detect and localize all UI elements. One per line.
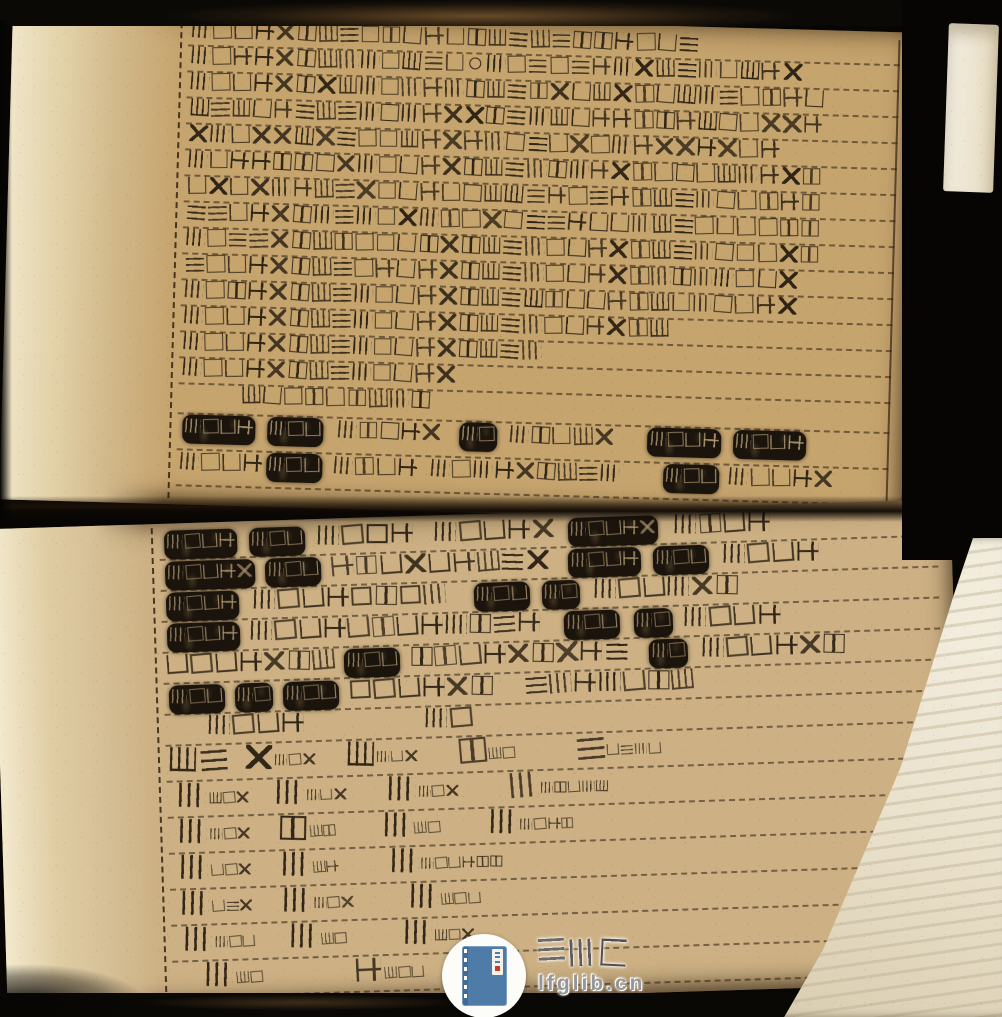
glyph <box>571 109 590 127</box>
glyph <box>504 211 523 229</box>
glyph <box>190 99 209 117</box>
glyph <box>717 191 736 209</box>
glyph <box>269 310 286 326</box>
glyph <box>753 434 769 449</box>
glyph <box>601 464 620 482</box>
glyph <box>183 332 202 350</box>
glyph <box>309 825 322 837</box>
glyph <box>402 105 421 123</box>
glyph <box>584 613 600 629</box>
gloss-headword <box>488 808 520 846</box>
glyph <box>203 419 219 434</box>
glyph <box>310 336 329 354</box>
glyph <box>314 897 326 908</box>
column-gap <box>676 622 684 624</box>
glyph <box>403 26 422 44</box>
glyph <box>656 112 675 130</box>
glyph <box>462 236 481 254</box>
glyph <box>376 260 395 278</box>
glyph <box>480 342 497 358</box>
glyph <box>291 257 310 275</box>
column-gap <box>533 595 539 597</box>
text-run <box>178 452 263 480</box>
glyph <box>650 431 666 446</box>
glyph <box>487 55 506 73</box>
watermark-site-name <box>536 934 630 968</box>
glyph <box>251 620 272 640</box>
column-gap <box>447 597 471 600</box>
label-cartouche <box>267 417 324 448</box>
text-run <box>165 648 336 684</box>
glyph <box>747 541 770 563</box>
glyph <box>699 87 718 105</box>
glyph <box>444 106 462 123</box>
glyph <box>760 167 778 184</box>
glyph <box>211 864 224 876</box>
glyph <box>737 245 754 261</box>
glyph <box>321 684 337 699</box>
column-gap <box>259 573 263 575</box>
glyph <box>529 57 546 73</box>
glyph <box>326 388 345 406</box>
gloss-annotation <box>418 785 460 802</box>
glyph <box>271 232 288 248</box>
glyph <box>422 131 441 149</box>
glyph <box>307 790 319 801</box>
glyph <box>715 243 734 261</box>
glyph <box>533 818 546 830</box>
glyph <box>538 937 566 966</box>
glyph <box>380 553 402 574</box>
glyph <box>354 285 373 303</box>
glyph <box>384 967 397 979</box>
column-gap <box>174 946 184 948</box>
glyph <box>464 132 483 150</box>
glyph <box>545 265 563 282</box>
glyph <box>781 194 799 211</box>
glyph <box>400 584 421 603</box>
glyph <box>186 926 213 951</box>
glyph <box>699 512 721 533</box>
glyph <box>292 923 319 948</box>
glyph <box>292 231 311 249</box>
glyph <box>501 315 520 333</box>
gloss-annotation <box>539 780 608 798</box>
glyph <box>683 468 699 483</box>
glyph <box>716 574 737 594</box>
glyph <box>222 792 235 804</box>
glyph <box>482 290 499 306</box>
glyph <box>375 313 392 329</box>
label-cartouche <box>344 647 401 678</box>
glyph <box>226 308 244 325</box>
glyph <box>611 189 629 206</box>
glyph <box>798 541 819 560</box>
glyph <box>463 184 482 202</box>
glyph <box>462 210 481 228</box>
glyph <box>225 360 243 377</box>
glyph <box>299 618 321 639</box>
gloss-headword <box>183 925 215 963</box>
glyph <box>270 421 286 436</box>
gloss-headword <box>457 737 489 775</box>
glyph <box>423 582 446 604</box>
label-cartouche <box>649 638 688 669</box>
glyph <box>708 605 731 627</box>
glyph <box>238 687 253 701</box>
glyph <box>356 555 377 574</box>
gloss-headword <box>289 922 321 960</box>
glyph <box>351 586 372 605</box>
glyph <box>316 102 335 120</box>
glyph <box>358 155 377 173</box>
glyph <box>824 633 845 653</box>
glyph <box>272 179 290 196</box>
glyph <box>400 156 419 174</box>
glyph <box>442 158 460 175</box>
glyph <box>402 78 421 96</box>
text-run <box>348 674 495 709</box>
glyph <box>783 89 802 107</box>
glyph <box>360 77 379 95</box>
glyph <box>302 587 324 608</box>
glyph <box>337 420 356 438</box>
column-gap <box>173 910 181 912</box>
glyph <box>390 391 408 408</box>
glyph <box>362 26 379 42</box>
glyph <box>714 269 733 287</box>
page-margin <box>0 524 160 1013</box>
glyph <box>228 256 246 273</box>
glyph <box>520 819 532 830</box>
glyph <box>778 297 797 315</box>
gloss-annotation <box>320 932 348 949</box>
glyph <box>759 192 778 210</box>
glyph <box>668 576 689 596</box>
glyph <box>485 644 506 663</box>
glyph <box>703 433 718 448</box>
glyph <box>318 525 339 545</box>
gloss-headword <box>345 740 377 778</box>
glyph <box>588 240 607 258</box>
glyph <box>244 454 263 472</box>
glyph <box>377 458 395 475</box>
glyph <box>549 135 568 153</box>
glyph <box>210 125 229 143</box>
glyph <box>656 550 671 564</box>
glyph <box>185 418 201 433</box>
glyph <box>548 160 567 178</box>
glyph <box>411 391 430 409</box>
glyph <box>673 268 692 286</box>
glyph <box>348 390 365 406</box>
glyph <box>595 578 616 598</box>
glyph <box>527 187 544 203</box>
glyph <box>522 342 541 360</box>
glyph <box>339 51 358 69</box>
glyph <box>231 126 249 143</box>
column-gap <box>180 397 240 401</box>
glyph <box>447 785 459 796</box>
glyph <box>250 971 263 983</box>
column-gap <box>724 444 730 446</box>
text-run <box>722 540 820 573</box>
glyph <box>286 686 301 700</box>
glyph <box>288 650 309 670</box>
column-gap <box>494 689 524 692</box>
label-cartouche <box>568 547 642 579</box>
glyph <box>750 635 772 656</box>
glyph <box>347 653 362 667</box>
glyph <box>654 164 673 182</box>
glyph <box>275 755 287 766</box>
glyph <box>495 461 514 479</box>
column-gap <box>340 867 390 871</box>
glyph <box>286 457 302 472</box>
glyph <box>788 435 803 450</box>
glyph <box>568 187 587 205</box>
glyph <box>341 896 353 908</box>
glyph <box>326 861 338 873</box>
column-gap <box>628 654 646 657</box>
gloss-annotation <box>235 971 263 988</box>
glyph <box>405 751 417 762</box>
glyph <box>541 782 553 793</box>
gloss-annotation <box>210 863 252 880</box>
glyph <box>166 653 188 674</box>
glyph <box>696 192 713 208</box>
glyph <box>335 207 353 224</box>
glyph <box>276 50 293 66</box>
gloss-headword <box>178 818 210 856</box>
glyph <box>671 668 694 690</box>
glyph <box>438 314 456 331</box>
text-run <box>700 632 847 667</box>
gloss-headword <box>387 775 419 813</box>
glyph <box>629 293 648 311</box>
glyph <box>590 188 608 205</box>
glyph <box>221 564 236 578</box>
column-gap <box>169 802 177 804</box>
glyph <box>463 857 475 868</box>
glyph <box>590 214 609 232</box>
glyph <box>208 203 227 221</box>
glyph <box>477 587 492 601</box>
gloss-annotation <box>274 753 316 770</box>
glyph <box>327 896 340 908</box>
label-cartouche <box>164 528 238 560</box>
glyph <box>516 462 533 478</box>
glyph <box>522 316 541 334</box>
gloss-annotation <box>313 896 355 913</box>
glyph <box>579 463 597 480</box>
glyph <box>270 284 287 300</box>
column-gap <box>620 477 660 480</box>
text-run <box>424 706 474 738</box>
glyph <box>321 789 333 800</box>
page-margin <box>0 8 179 504</box>
glyph <box>341 523 364 545</box>
glyph <box>340 25 358 42</box>
glyph <box>289 309 308 327</box>
glyph <box>189 688 205 704</box>
glyph <box>222 595 237 609</box>
glyph <box>500 341 519 359</box>
glyph <box>186 595 202 611</box>
label-cartouche <box>182 414 256 446</box>
glyph <box>421 157 440 175</box>
column-gap <box>253 907 283 910</box>
glyph <box>783 63 802 81</box>
glyph <box>215 652 237 673</box>
glyph <box>246 360 265 378</box>
glyph <box>486 107 505 125</box>
glyph <box>440 262 458 279</box>
text-run <box>252 583 448 619</box>
glyph <box>274 618 297 640</box>
glyph <box>204 626 220 641</box>
glyph <box>305 422 320 436</box>
glyph <box>423 423 440 439</box>
glyph <box>419 786 431 797</box>
glyph <box>576 732 605 760</box>
gloss-annotation <box>519 817 574 835</box>
column-gap <box>549 563 565 566</box>
glyph <box>222 453 240 470</box>
glyph <box>415 365 434 383</box>
column-gap <box>347 795 387 798</box>
glyph <box>509 29 528 47</box>
label-cartouche <box>266 453 323 484</box>
glyph <box>672 295 689 311</box>
glyph <box>458 643 481 665</box>
glyph <box>224 864 237 876</box>
text-run <box>673 511 771 544</box>
gloss-headword <box>243 743 275 781</box>
glyph <box>417 287 436 305</box>
glyph <box>432 785 445 797</box>
glyph <box>635 743 647 754</box>
label-cartouche <box>473 581 530 612</box>
glyph <box>290 283 309 301</box>
glyph <box>652 242 670 259</box>
glyph <box>596 781 608 792</box>
glyph <box>213 21 232 39</box>
glyph <box>210 829 222 840</box>
glyph <box>568 213 587 231</box>
glyph <box>735 296 754 314</box>
glyph <box>723 512 745 533</box>
glyph <box>352 363 371 381</box>
glyph <box>359 103 378 121</box>
glyph <box>305 388 323 405</box>
glyph <box>762 89 780 106</box>
column-gap <box>691 652 701 654</box>
glyph <box>210 152 227 168</box>
glyph <box>359 422 376 438</box>
glyph <box>399 209 418 227</box>
glyph <box>458 736 487 764</box>
glyph <box>423 79 442 97</box>
glyph <box>311 310 330 328</box>
glyph <box>297 49 316 67</box>
glyph <box>188 150 207 168</box>
glyph <box>491 809 518 834</box>
glyph <box>325 618 346 637</box>
glyph <box>445 80 463 97</box>
glyph <box>574 672 595 692</box>
glyph <box>180 818 207 843</box>
glyph <box>395 312 414 330</box>
glyph <box>190 72 209 90</box>
glyph <box>437 340 455 357</box>
glyph <box>280 815 307 840</box>
glyph <box>556 640 579 662</box>
column-gap <box>256 942 290 945</box>
glyph <box>238 828 250 839</box>
glyph <box>445 614 466 634</box>
glyph <box>170 627 185 641</box>
page-top-half <box>0 8 915 525</box>
glyph <box>656 85 675 103</box>
label-cartouche <box>647 427 721 459</box>
glyph <box>724 543 745 563</box>
glyph <box>230 152 249 170</box>
glyph <box>209 714 230 734</box>
glyph <box>276 76 293 92</box>
gloss-headword <box>168 745 231 784</box>
glyph <box>248 308 267 326</box>
glyph <box>288 754 301 766</box>
glyph <box>201 452 220 470</box>
glyph <box>630 267 649 285</box>
gloss-headword <box>575 733 607 771</box>
glyph <box>319 24 338 42</box>
column-gap <box>276 696 280 698</box>
glyph <box>692 575 713 594</box>
label-cartouche <box>459 422 498 453</box>
glyph <box>607 318 626 336</box>
glyph <box>696 165 715 183</box>
glyph <box>618 576 641 598</box>
glyph <box>630 241 649 259</box>
glyph <box>483 211 502 229</box>
glyph <box>758 271 777 289</box>
glyph <box>435 521 456 541</box>
fore-edge-pages-top <box>943 23 999 193</box>
column-gap <box>325 469 333 471</box>
glyph <box>294 153 313 171</box>
glyph <box>608 292 627 310</box>
glyph <box>207 229 226 247</box>
glyph <box>233 74 251 91</box>
glyph <box>313 232 332 250</box>
glyph <box>294 180 311 196</box>
glyph <box>490 856 502 867</box>
glyph <box>494 612 516 633</box>
glyph <box>691 548 707 563</box>
glyph <box>421 858 433 869</box>
glyph <box>274 128 291 144</box>
glyph <box>185 564 201 580</box>
glyph <box>254 686 270 702</box>
glyph <box>651 294 669 311</box>
glyph <box>379 157 396 173</box>
glyph <box>477 856 489 867</box>
gloss-annotation <box>211 899 253 916</box>
glyph <box>396 286 415 304</box>
glyph <box>425 54 442 70</box>
